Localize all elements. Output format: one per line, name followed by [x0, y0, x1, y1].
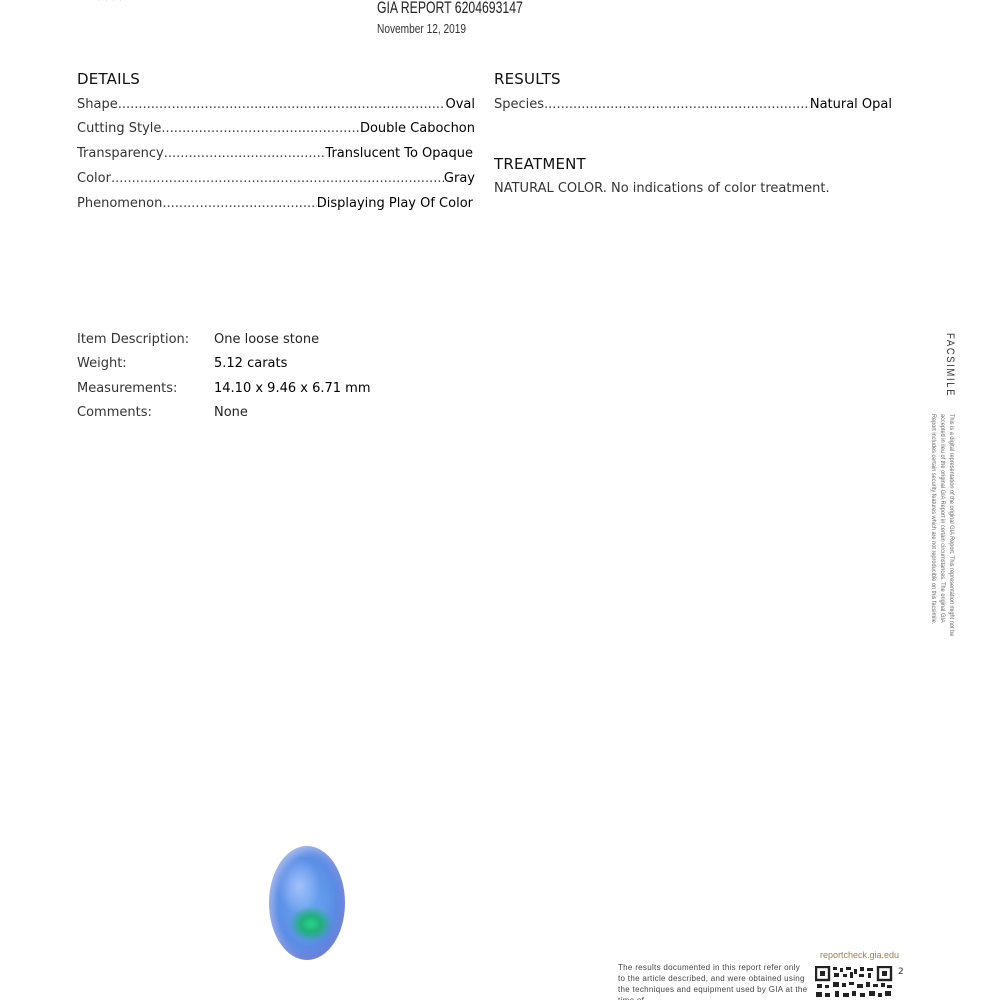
details-heading: DETAILS — [77, 70, 140, 88]
treatment-text: NATURAL COLOR. No indications of color t… — [494, 181, 830, 196]
item-label: Weight: — [77, 356, 127, 371]
details-row-cutting-style: Cutting Style Double Cabochon — [77, 121, 475, 136]
detail-value: Gray — [444, 171, 475, 186]
detail-label: Color — [77, 171, 111, 186]
opal-stone-image — [269, 846, 345, 960]
details-row-color: ColorGray — [77, 171, 475, 186]
footer-disclaimer: The results documented in this report re… — [618, 962, 808, 1000]
item-label: Comments: — [77, 405, 152, 420]
weight-row: Weight: 5.12 carats — [77, 356, 127, 371]
facsimile-notice: FACSIMILE This is a digital representati… — [918, 333, 956, 678]
item-value: 14.10 x 9.46 x 6.71 mm — [214, 381, 370, 396]
results-heading: RESULTS — [494, 70, 561, 88]
leader-dots — [164, 146, 326, 161]
reportcheck-link[interactable]: reportcheck.gia.edu — [820, 950, 899, 960]
leader-dots — [544, 97, 810, 112]
detail-value: Double Cabochon — [360, 121, 475, 136]
item-label: Measurements: — [77, 381, 177, 396]
report-date: November 12, 2019 — [377, 21, 466, 36]
details-row-transparency: Transparency Translucent To Opaque — [77, 146, 473, 161]
detail-label: Transparency — [77, 146, 164, 161]
result-label: Species — [494, 97, 544, 112]
comments-row: Comments: None — [77, 405, 152, 420]
facsimile-text: This is a digital representation of the … — [929, 414, 956, 638]
detail-label: Shape — [77, 97, 118, 112]
item-value: None — [214, 405, 248, 420]
result-value: Natural Opal — [810, 97, 892, 112]
detail-label: Phenomenon — [77, 196, 162, 211]
qr-code-icon[interactable] — [815, 966, 893, 1000]
detail-value: Translucent To Opaque — [325, 146, 473, 161]
details-row-phenomenon: Phenomenon Displaying Play Of Color — [77, 196, 473, 211]
page-number: 2 — [898, 967, 904, 977]
leader-dots — [161, 121, 360, 136]
detail-value: Oval — [445, 97, 475, 112]
item-label: Item Description: — [77, 332, 189, 347]
detail-value: Displaying Play Of Color — [317, 196, 473, 211]
header-remnant: · · · · — [98, 0, 123, 5]
leader-dots — [118, 97, 446, 112]
results-row-species: SpeciesNatural Opal — [494, 97, 892, 112]
report-title: GIA REPORT 6204693147 — [377, 0, 523, 18]
leader-dots — [162, 196, 316, 211]
facsimile-title: FACSIMILE — [944, 333, 956, 397]
treatment-heading: TREATMENT — [494, 155, 586, 173]
item-description-row: Item Description: One loose stone — [77, 332, 189, 347]
item-value: One loose stone — [214, 332, 319, 347]
measurements-row: Measurements: 14.10 x 9.46 x 6.71 mm — [77, 381, 177, 396]
detail-label: Cutting Style — [77, 121, 161, 136]
item-value: 5.12 carats — [214, 356, 287, 371]
details-row-shape: ShapeOval — [77, 97, 475, 112]
leader-dots — [111, 171, 444, 186]
